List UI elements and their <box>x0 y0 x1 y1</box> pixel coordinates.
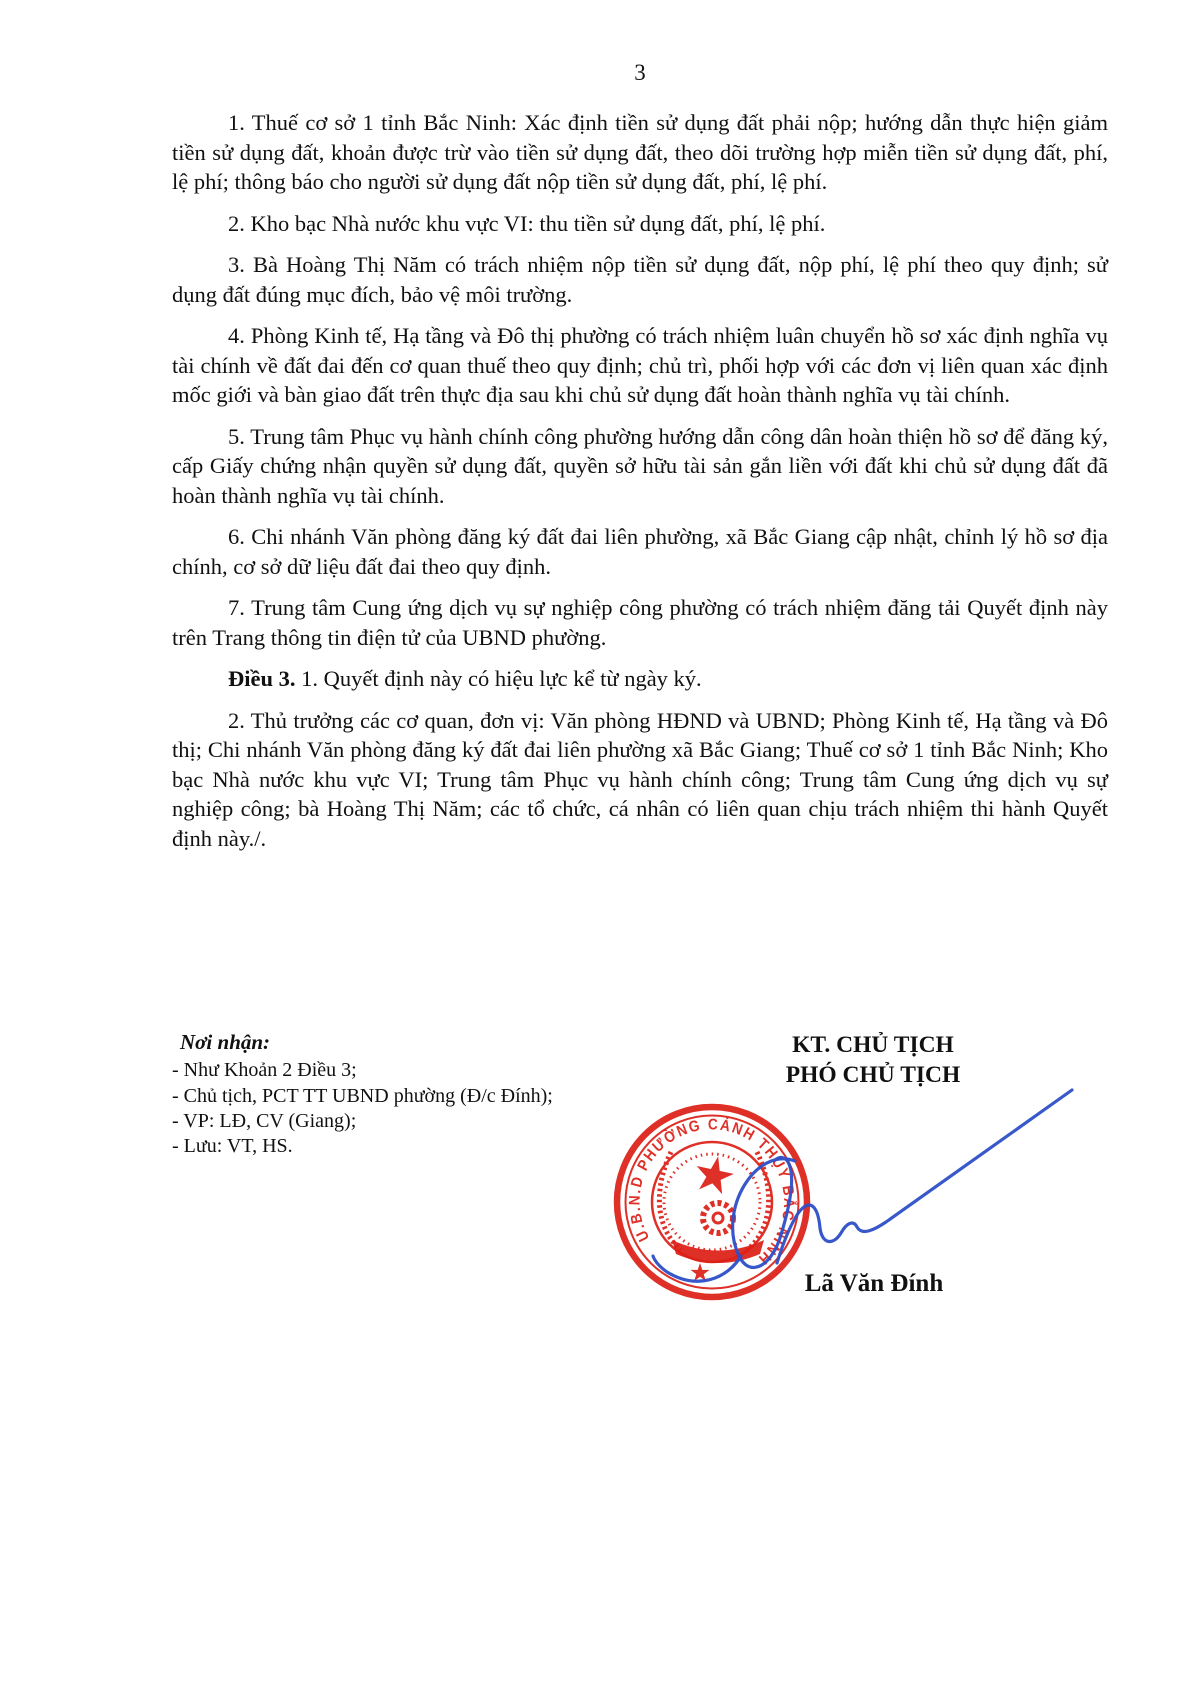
stamp-wreath-right <box>747 1152 769 1250</box>
stamp-wreath-left <box>659 1152 681 1250</box>
signature-ink-icon <box>653 1090 1072 1281</box>
stamp-wreath-dots <box>664 1154 760 1250</box>
recipient-item: - Chủ tịch, PCT TT UBND phường (Đ/c Đính… <box>172 1084 652 1109</box>
paragraph-lead: Điều 3. <box>228 666 296 691</box>
paragraph-text: 1. Quyết định này có hiệu lực kể từ ngày… <box>296 666 702 691</box>
body-paragraph: 2. Kho bạc Nhà nước khu vực VI: thu tiền… <box>172 209 1108 239</box>
recipient-item: - Lưu: VT, HS. <box>172 1134 652 1159</box>
paragraph-text: 1. Thuế cơ sở 1 tỉnh Bắc Ninh: Xác định … <box>172 110 1108 194</box>
stamp-gear-icon <box>703 1203 733 1233</box>
paragraph-text: 6. Chi nhánh Văn phòng đăng ký đất đai l… <box>172 524 1108 579</box>
signature-stroke-loop <box>733 1158 795 1268</box>
body-paragraph: 1. Thuế cơ sở 1 tỉnh Bắc Ninh: Xác định … <box>172 108 1108 197</box>
stamp-gear-hub <box>713 1213 723 1223</box>
body-paragraph: 6. Chi nhánh Văn phòng đăng ký đất đai l… <box>172 522 1108 581</box>
stamp-inner-ring <box>652 1142 772 1262</box>
stamp-filled-parts: U.B.N.D PHƯỜNG CẢNH THỤY BẮC NINH <box>627 1116 799 1281</box>
paragraph-text: 2. Thủ trưởng các cơ quan, đơn vị: Văn p… <box>172 708 1108 851</box>
recipient-item: - Như Khoản 2 Điều 3; <box>172 1058 652 1083</box>
recipients-block: Nơi nhận: - Như Khoản 2 Điều 3; - Chủ tị… <box>172 1030 652 1159</box>
signature-title-block: KT. CHỦ TỊCH PHÓ CHỦ TỊCH <box>640 1030 1106 1090</box>
recipient-item: - VP: LĐ, CV (Giang); <box>172 1109 652 1134</box>
stamp-ring-text: U.B.N.D PHƯỜNG CẢNH THỤY BẮC NINH <box>627 1116 799 1268</box>
body-paragraph: 4. Phòng Kinh tế, Hạ tầng và Đô thị phườ… <box>172 321 1108 410</box>
body-paragraph: 7. Trung tâm Cung ứng dịch vụ sự nghiệp … <box>172 593 1108 652</box>
document-page: 3 1. Thuế cơ sở 1 tỉnh Bắc Ninh: Xác địn… <box>0 0 1190 1683</box>
paragraph-text: 5. Trung tâm Phục vụ hành chính công phư… <box>172 424 1108 508</box>
stamp-emblem-star-icon <box>692 1152 737 1195</box>
signer-role-line1: KT. CHỦ TỊCH <box>640 1030 1106 1060</box>
paragraph-text: 3. Bà Hoàng Thị Năm có trách nhiệm nộp t… <box>172 252 1108 307</box>
body-paragraph: 3. Bà Hoàng Thị Năm có trách nhiệm nộp t… <box>172 250 1108 309</box>
signature-stroke-line <box>777 1090 1072 1263</box>
signer-name: Lã Văn Đính <box>674 1270 1074 1298</box>
paragraph-text: 2. Kho bạc Nhà nước khu vực VI: thu tiền… <box>228 211 825 236</box>
body-paragraph: 5. Trung tâm Phục vụ hành chính công phư… <box>172 422 1108 511</box>
paragraph-text: 4. Phòng Kinh tế, Hạ tầng và Đô thị phườ… <box>172 323 1108 407</box>
body-paragraph-dieu-3: Điều 3. 1. Quyết định này có hiệu lực kể… <box>172 664 1108 694</box>
stamp-banner <box>672 1240 764 1263</box>
paragraph-text: 7. Trung tâm Cung ứng dịch vụ sự nghiệp … <box>172 595 1108 650</box>
recipients-title: Nơi nhận: <box>180 1030 652 1055</box>
signer-role-line2: PHÓ CHỦ TỊCH <box>640 1060 1106 1090</box>
body-paragraph: 2. Thủ trưởng các cơ quan, đơn vị: Văn p… <box>172 706 1108 854</box>
page-number: 3 <box>172 60 1108 86</box>
document-body: 1. Thuế cơ sở 1 tỉnh Bắc Ninh: Xác định … <box>172 108 1108 865</box>
stamp-text-path <box>640 1129 784 1264</box>
